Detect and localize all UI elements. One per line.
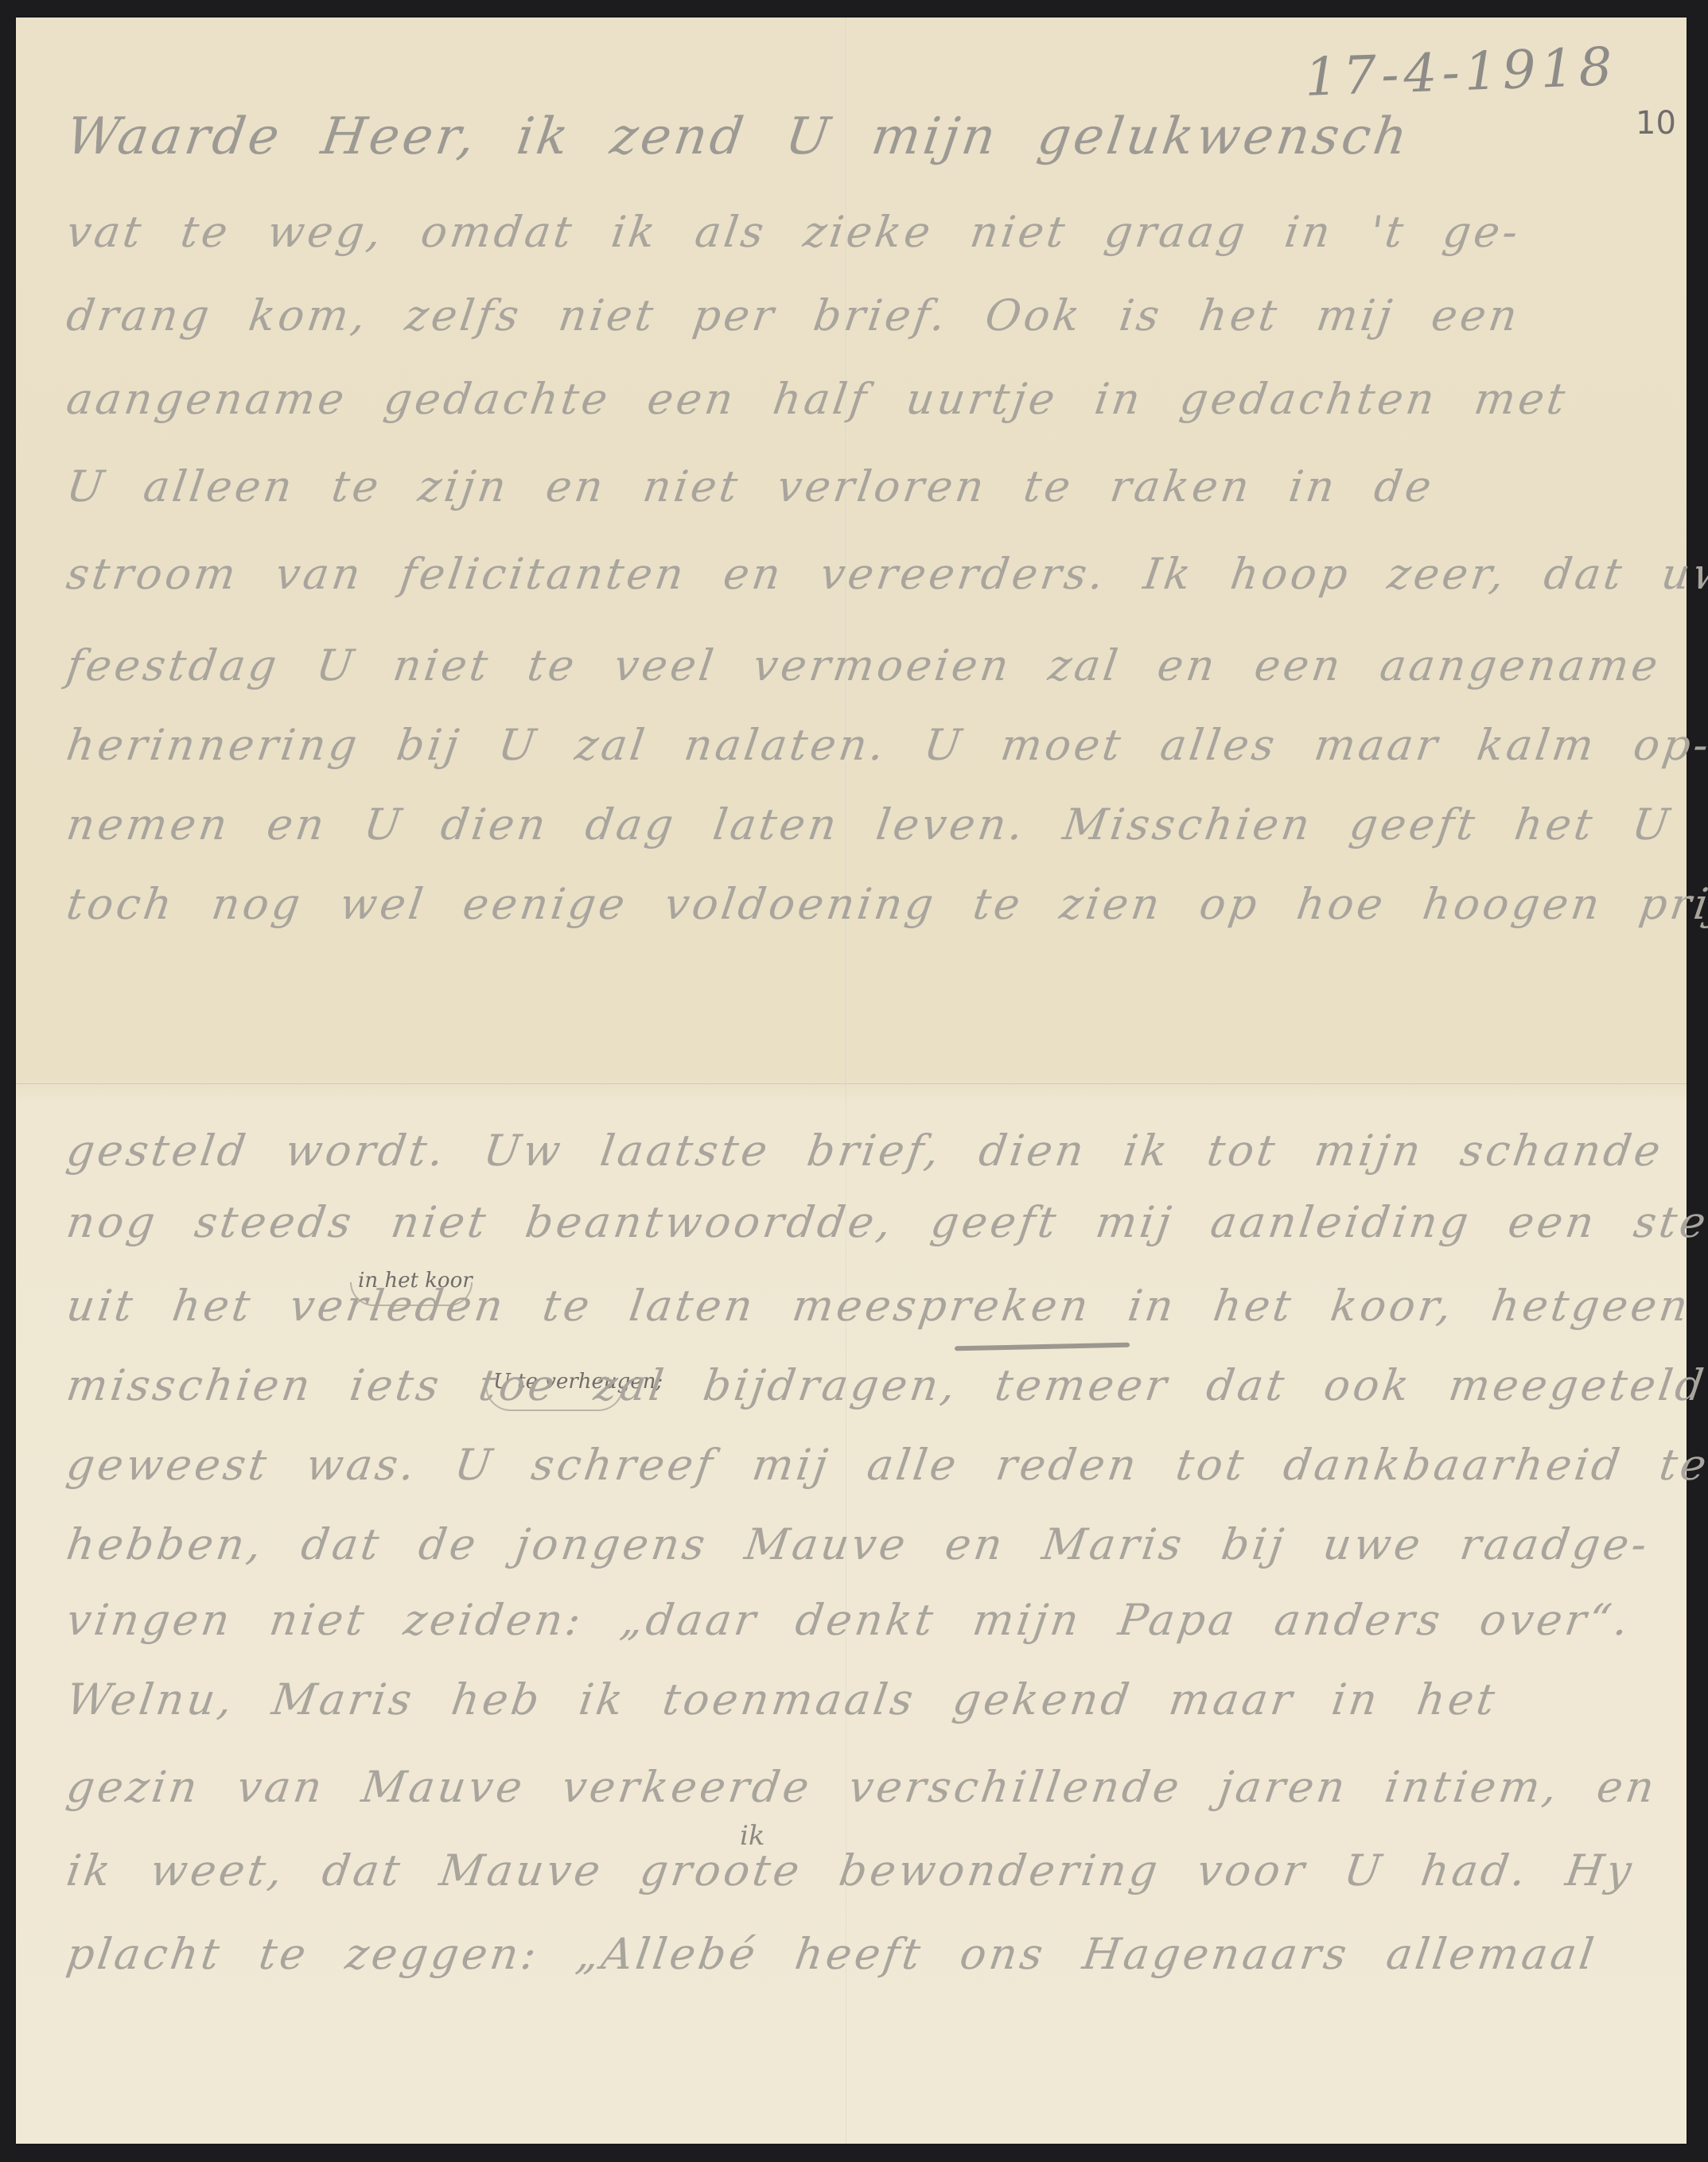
handwritten-line-16: hebben, dat de jongens Mauve en Maris bi… <box>64 1521 1661 1569</box>
handwritten-line-15: geweest was. U schreef mij alle reden to… <box>64 1441 1661 1489</box>
handwritten-line-17: vingen niet zeiden: „daar denkt mijn Pap… <box>64 1596 1661 1644</box>
handwritten-line-7: feestdag U niet te veel vermoeien zal en… <box>64 642 1661 690</box>
handwritten-line-13: uit het verleden te laten meespreken in … <box>64 1282 1661 1330</box>
handwritten-line-4: aangename gedachte een half uurtje in ge… <box>64 375 1661 423</box>
handwritten-line-14: misschien iets toe zal bijdragen, temeer… <box>64 1362 1661 1410</box>
handwritten-line-21: placht te zeggen: „Allebé heeft ons Hage… <box>64 1931 1661 1978</box>
letter-date: 17-4-1918 <box>1304 36 1618 108</box>
handwritten-line-11: gesteld wordt. Uw laatste brief, dien ik… <box>64 1127 1661 1175</box>
handwritten-line-20: ik weet, dat Mauve groote bewondering vo… <box>64 1847 1661 1895</box>
handwritten-line-2: vat te weg, omdat ik als zieke niet graa… <box>64 208 1661 256</box>
handwritten-line-19: gezin van Mauve verkeerde verschillende … <box>64 1763 1661 1811</box>
handwritten-line-6: stroom van felicitanten en vereerders. I… <box>64 550 1661 598</box>
letter-paper: 17-4-1918 10 Waarde Heer, ik zend U mijn… <box>16 17 1687 2144</box>
handwritten-line-18: Welnu, Maris heb ik toenmaals gekend maa… <box>64 1676 1661 1724</box>
handwritten-line-3: drang kom, zelfs niet per brief. Ook is … <box>64 292 1661 340</box>
strikethrough-mark <box>955 1343 1130 1351</box>
horizontal-fold-crease <box>16 1083 1687 1085</box>
handwritten-line-12: nog steeds niet beantwoordde, geeft mij … <box>64 1199 1661 1246</box>
handwritten-line-1: Waarde Heer, ik zend U mijn gelukwensch <box>64 113 1661 161</box>
handwritten-line-9: nemen en U dien dag laten leven. Misschi… <box>64 801 1661 849</box>
handwritten-line-5: U alleen te zijn en niet verloren te rak… <box>64 463 1661 511</box>
handwritten-line-10: toch nog wel eenige voldoening te zien o… <box>64 881 1661 928</box>
handwritten-line-8: herinnering bij U zal nalaten. U moet al… <box>64 721 1661 769</box>
